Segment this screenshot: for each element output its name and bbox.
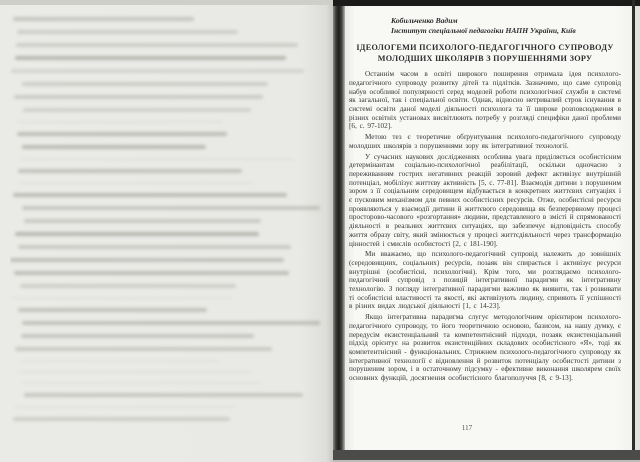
ghost-text-line xyxy=(15,406,235,408)
paragraph-1: Останнім часом в освіті широкого поширен… xyxy=(349,70,621,131)
ghost-text-line xyxy=(13,193,287,197)
ghost-text-line xyxy=(21,360,219,362)
article-title: ІДЕОЛОГЕМИ ПСИХОЛОГО-ПЕДАГОГІЧНОГО СУПРО… xyxy=(349,43,621,64)
paragraph-4: Ми вважаємо, що психолого-педагогічний с… xyxy=(349,250,621,311)
ghost-text-line xyxy=(13,17,194,21)
ghost-text-line xyxy=(22,321,320,325)
ghost-text-line xyxy=(18,308,208,312)
book-spine-shadow xyxy=(333,0,345,462)
ghost-text-line xyxy=(11,297,233,299)
paragraph-2: Метою тез є теоретичне обґрунтування пси… xyxy=(349,133,621,150)
ghost-text-line xyxy=(21,158,294,160)
ghost-text-line xyxy=(14,271,289,275)
ghost-text-line xyxy=(13,417,231,421)
ghost-text-line xyxy=(24,393,304,397)
ghost-text-line xyxy=(19,182,253,184)
ghost-text-line xyxy=(18,169,242,173)
ghost-text-line xyxy=(16,43,298,47)
page-number: 117 xyxy=(445,424,489,432)
ghost-text-line xyxy=(22,206,320,210)
ghost-text-line xyxy=(21,334,255,338)
ghost-text-line xyxy=(17,132,227,136)
ghost-text-line xyxy=(17,30,239,34)
left-page-ghost-text xyxy=(10,8,322,454)
ghost-text-line xyxy=(11,69,304,73)
ghost-text-line xyxy=(15,232,259,236)
left-facing-page xyxy=(0,0,333,462)
ghost-text-line xyxy=(23,108,252,112)
ghost-text-line xyxy=(18,371,252,373)
scan-right-margin xyxy=(635,6,640,450)
ghost-text-line xyxy=(18,245,292,249)
left-page-top-edge xyxy=(0,0,333,5)
article: Кобильченко Вадим Інститут спеціальної п… xyxy=(349,16,621,385)
author-affiliation: Інститут спеціальної педагогіки НАПН Укр… xyxy=(391,26,621,36)
scan-bottom-border xyxy=(333,450,640,460)
paragraph-5: Якщо інтегративна парадигма слугує метод… xyxy=(349,313,621,383)
ghost-text-line xyxy=(17,121,224,123)
book-scan-photo: Кобильченко Вадим Інститут спеціальної п… xyxy=(0,0,640,462)
paragraph-3: У сучасних наукових дослідженнях особлив… xyxy=(349,153,621,249)
ghost-text-line xyxy=(22,145,206,149)
author-name: Кобильченко Вадим xyxy=(391,16,621,26)
ghost-text-line xyxy=(24,219,261,223)
ghost-text-line xyxy=(14,95,263,99)
ghost-text-line xyxy=(22,382,261,384)
ghost-text-line xyxy=(22,82,268,86)
right-article-page: Кобильченко Вадим Інститут спеціальної п… xyxy=(345,6,632,450)
article-body: Останнім часом в освіті широкого поширен… xyxy=(349,70,621,383)
ghost-text-line xyxy=(10,258,283,262)
ghost-text-line xyxy=(15,347,271,351)
ghost-text-line xyxy=(20,284,237,288)
ghost-text-line xyxy=(15,56,287,60)
